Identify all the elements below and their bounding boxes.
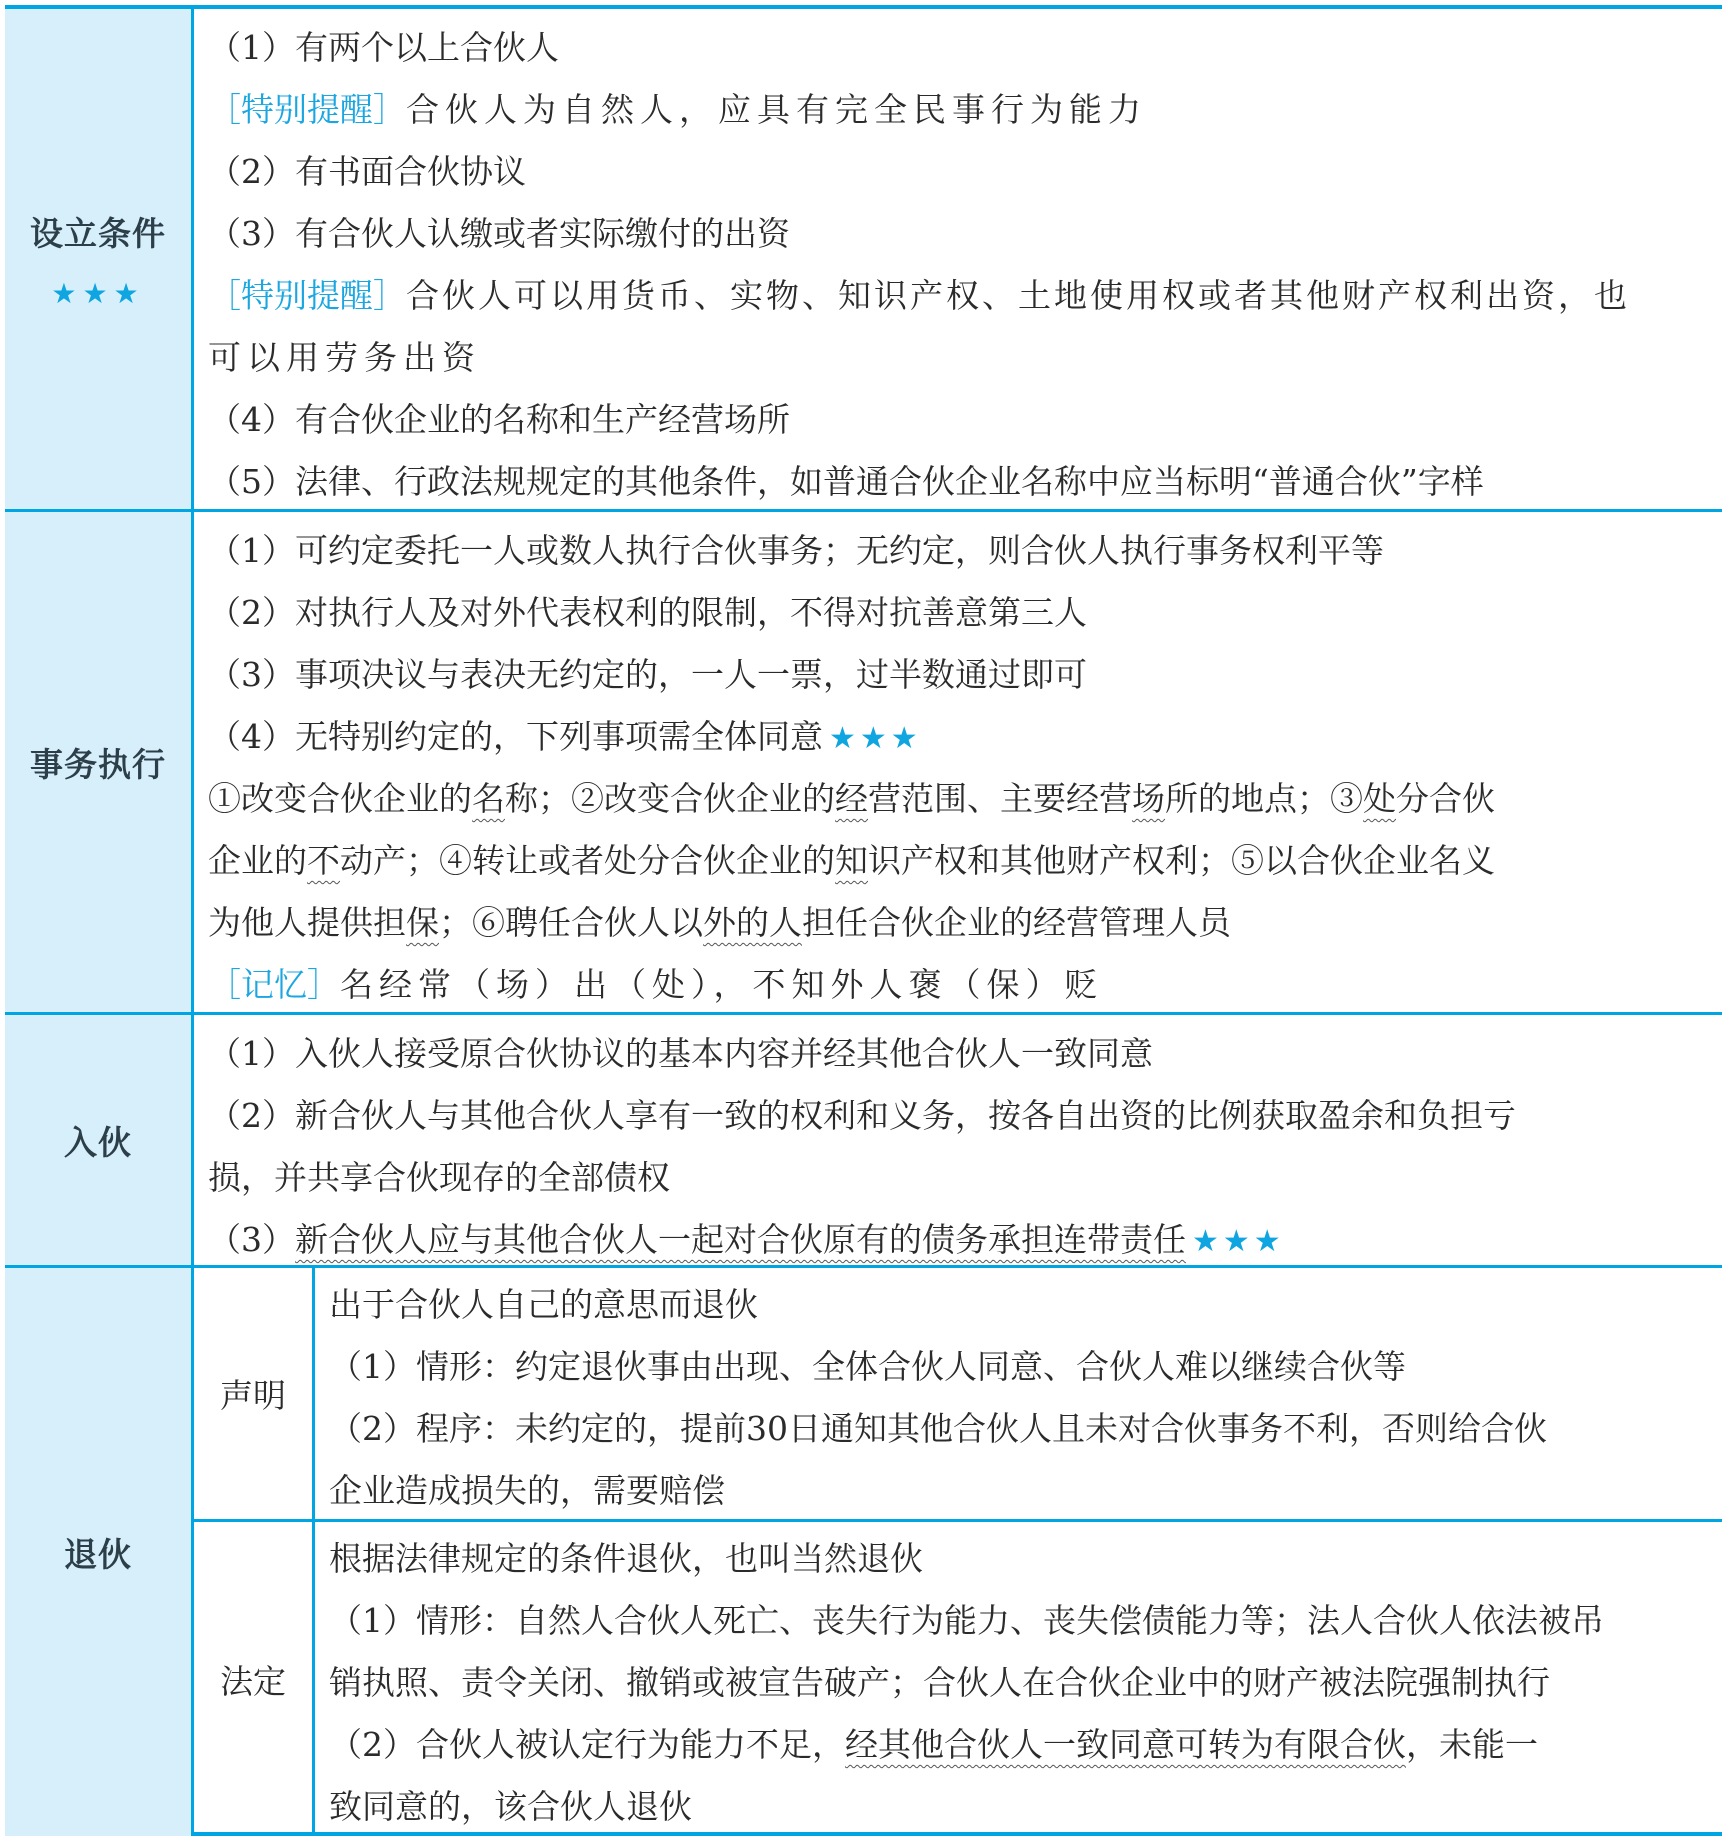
text: 营范围、主要经营 [868, 779, 1132, 818]
text: ；⑥聘任合伙人以 [439, 903, 703, 942]
subsection-label: 声明 [194, 1268, 315, 1519]
text-line: （3）事项决议与表决无约定的，一人一票，过半数通过即可 [208, 644, 1710, 706]
star-rating-icon: ★★★ [1192, 1224, 1285, 1259]
text: 所的地点；③ [1165, 779, 1363, 818]
text-line: 致同意的，该合伙人退伙 [329, 1776, 1712, 1838]
text: 动产；④转让或者处分合伙企业的 [340, 841, 835, 880]
reminder-text: 合伙人为自然人，应具有完全民事行为能力 [406, 90, 1147, 129]
text-line: 损，并共享合伙现存的全部债权 [208, 1147, 1710, 1209]
emphasis: 外的人 [703, 903, 802, 942]
text-line: （2）对执行人及对外代表权利的限制，不得对抗善意第三人 [208, 582, 1710, 644]
text-line: 企业造成损失的，需要赔偿 [329, 1460, 1712, 1522]
emphasis: 保 [406, 903, 439, 942]
label-cell: 事务执行 [5, 512, 194, 1012]
text-line: （1）可约定委托一人或数人执行合伙事务；无约定，则合伙人执行事务权利平等 [208, 520, 1710, 582]
text-line: （3）新合伙人应与其他合伙人一起对合伙原有的债务承担连带责任★★★ [208, 1209, 1710, 1271]
text: （4）无特别约定的，下列事项需全体同意 [208, 717, 823, 756]
label-cell: 退伙 [5, 1268, 194, 1836]
reminder-tag: ［特别提醒］ [208, 276, 406, 315]
subsection-statutory: 法定 根据法律规定的条件退伙，也叫当然退伙 （1）情形：自然人合伙人死亡、丧失行… [194, 1522, 1722, 1836]
text: 企业的 [208, 841, 307, 880]
text-line: （1）有两个以上合伙人 [208, 17, 1710, 79]
emphasis: 场 [1132, 779, 1165, 818]
label-cell: 设立条件 ★★★ [5, 9, 194, 509]
emphasis: 新合伙人应与其他合伙人一起对合伙原有的债务承担连带责任 [295, 1220, 1186, 1259]
section-affairs-execution: 事务执行 （1）可约定委托一人或数人执行合伙事务；无约定，则合伙人执行事务权利平… [5, 512, 1722, 1012]
text-line: （2）合伙人被认定行为能力不足，经其他合伙人一致同意可转为有限合伙，未能一 [329, 1714, 1712, 1776]
emphasis: 经 [835, 779, 868, 818]
star-rating-icon: ★★★ [51, 277, 144, 310]
emphasis: 处 [1363, 779, 1396, 818]
star-rating-icon: ★★★ [829, 721, 922, 756]
text-line: （1）情形：约定退伙事由出现、全体合伙人同意、合伙人难以继续合伙等 [329, 1336, 1712, 1398]
text: 为他人提供担 [208, 903, 406, 942]
reminder-text: 合伙人可以用货币、实物、知识产权、土地使用权或者其他财产权利出资，也 [406, 276, 1630, 315]
memory-line: ［记忆］名经常（场）出（处），不知外人褒（保）贬 [208, 954, 1710, 1016]
label-cell: 入伙 [5, 1015, 194, 1265]
text-line: 出于合伙人自己的意思而退伙 [329, 1274, 1712, 1336]
section-admission: 入伙 （1）入伙人接受原合伙协议的基本内容并经其他合伙人一致同意 （2）新合伙人… [5, 1015, 1722, 1265]
memory-text: 名经常（场）出（处），不知外人褒（保）贬 [340, 965, 1104, 1004]
text: 分合伙 [1396, 779, 1495, 818]
text-line: 销执照、责令关闭、撤销或被宣告破产；合伙人在合伙企业中的财产被法院强制执行 [329, 1652, 1712, 1714]
text-line: （1）情形：自然人合伙人死亡、丧失行为能力、丧失偿债能力等；法人合伙人依法被吊 [329, 1590, 1712, 1652]
text-line: （3）有合伙人认缴或者实际缴付的出资 [208, 203, 1710, 265]
text: （2）合伙人被认定行为能力不足， [329, 1725, 845, 1764]
reminder-line: ［特别提醒］合伙人为自然人，应具有完全民事行为能力 [208, 79, 1710, 141]
section-label: 事务执行 [30, 739, 166, 786]
section-label: 设立条件 [30, 208, 166, 255]
text-line: （5）法律、行政法规规定的其他条件，如普通合伙企业名称中应当标明“普通合伙”字样 [208, 451, 1710, 513]
text-line: （4）有合伙企业的名称和生产经营场所 [208, 389, 1710, 451]
section-establishment: 设立条件 ★★★ （1）有两个以上合伙人 ［特别提醒］合伙人为自然人，应具有完全… [5, 9, 1722, 509]
text-line: （2）有书面合伙协议 [208, 141, 1710, 203]
text: （3） [208, 1220, 295, 1259]
text-line: （1）入伙人接受原合伙协议的基本内容并经其他合伙人一致同意 [208, 1023, 1710, 1085]
text: 担任合伙企业的经营管理人员 [802, 903, 1231, 942]
subsection-content: 根据法律规定的条件退伙，也叫当然退伙 （1）情形：自然人合伙人死亡、丧失行为能力… [315, 1522, 1722, 1836]
text: 称；②改变合伙企业的 [505, 779, 835, 818]
content-cell: （1）有两个以上合伙人 ［特别提醒］合伙人为自然人，应具有完全民事行为能力 （2… [194, 9, 1722, 509]
section-label: 退伙 [64, 1529, 132, 1576]
content-cell: （1）入伙人接受原合伙协议的基本内容并经其他合伙人一致同意 （2）新合伙人与其他… [194, 1015, 1722, 1265]
text-line: （2）新合伙人与其他合伙人享有一致的权利和义务，按各自出资的比例获取盈余和负担亏 [208, 1085, 1710, 1147]
section-label: 入伙 [64, 1117, 132, 1164]
reminder-tag: ［特别提醒］ [208, 90, 406, 129]
reminder-line: ［特别提醒］合伙人可以用货币、实物、知识产权、土地使用权或者其他财产权利出资，也 [208, 265, 1710, 327]
text-line: 根据法律规定的条件退伙，也叫当然退伙 [329, 1528, 1712, 1590]
text-line: （4）无特别约定的，下列事项需全体同意★★★ [208, 706, 1710, 768]
section-withdrawal: 退伙 声明 出于合伙人自己的意思而退伙 （1）情形：约定退伙事由出现、全体合伙人… [5, 1268, 1722, 1836]
emphasis: 名 [472, 779, 505, 818]
memory-tag: ［记忆］ [208, 965, 340, 1004]
text-line: （2）程序：未约定的，提前30日通知其他合伙人且未对合伙事务不利，否则给合伙 [329, 1398, 1712, 1460]
text-line: 为他人提供担保；⑥聘任合伙人以外的人担任合伙企业的经营管理人员 [208, 892, 1710, 954]
reminder-text-cont: 可以用劳务出资 [208, 327, 1710, 389]
text: ，未能一 [1406, 1725, 1538, 1764]
text: 识产权和其他财产权利；⑤以合伙企业名义 [868, 841, 1495, 880]
partnership-table: 设立条件 ★★★ （1）有两个以上合伙人 ［特别提醒］合伙人为自然人，应具有完全… [5, 5, 1722, 1836]
text-line: 企业的不动产；④转让或者处分合伙企业的知识产权和其他财产权利；⑤以合伙企业名义 [208, 830, 1710, 892]
subsection-voluntary: 声明 出于合伙人自己的意思而退伙 （1）情形：约定退伙事由出现、全体合伙人同意、… [194, 1268, 1722, 1519]
emphasis: 知 [835, 841, 868, 880]
text-line: ①改变合伙企业的名称；②改变合伙企业的经营范围、主要经营场所的地点；③处分合伙 [208, 768, 1710, 830]
subsection-content: 出于合伙人自己的意思而退伙 （1）情形：约定退伙事由出现、全体合伙人同意、合伙人… [315, 1268, 1722, 1519]
emphasis: 经其他合伙人一致同意可转为有限合伙 [845, 1725, 1406, 1764]
content-cell: （1）可约定委托一人或数人执行合伙事务；无约定，则合伙人执行事务权利平等 （2）… [194, 512, 1722, 1012]
subsection-label: 法定 [194, 1522, 315, 1836]
emphasis: 不 [307, 841, 340, 880]
text: ①改变合伙企业的 [208, 779, 472, 818]
